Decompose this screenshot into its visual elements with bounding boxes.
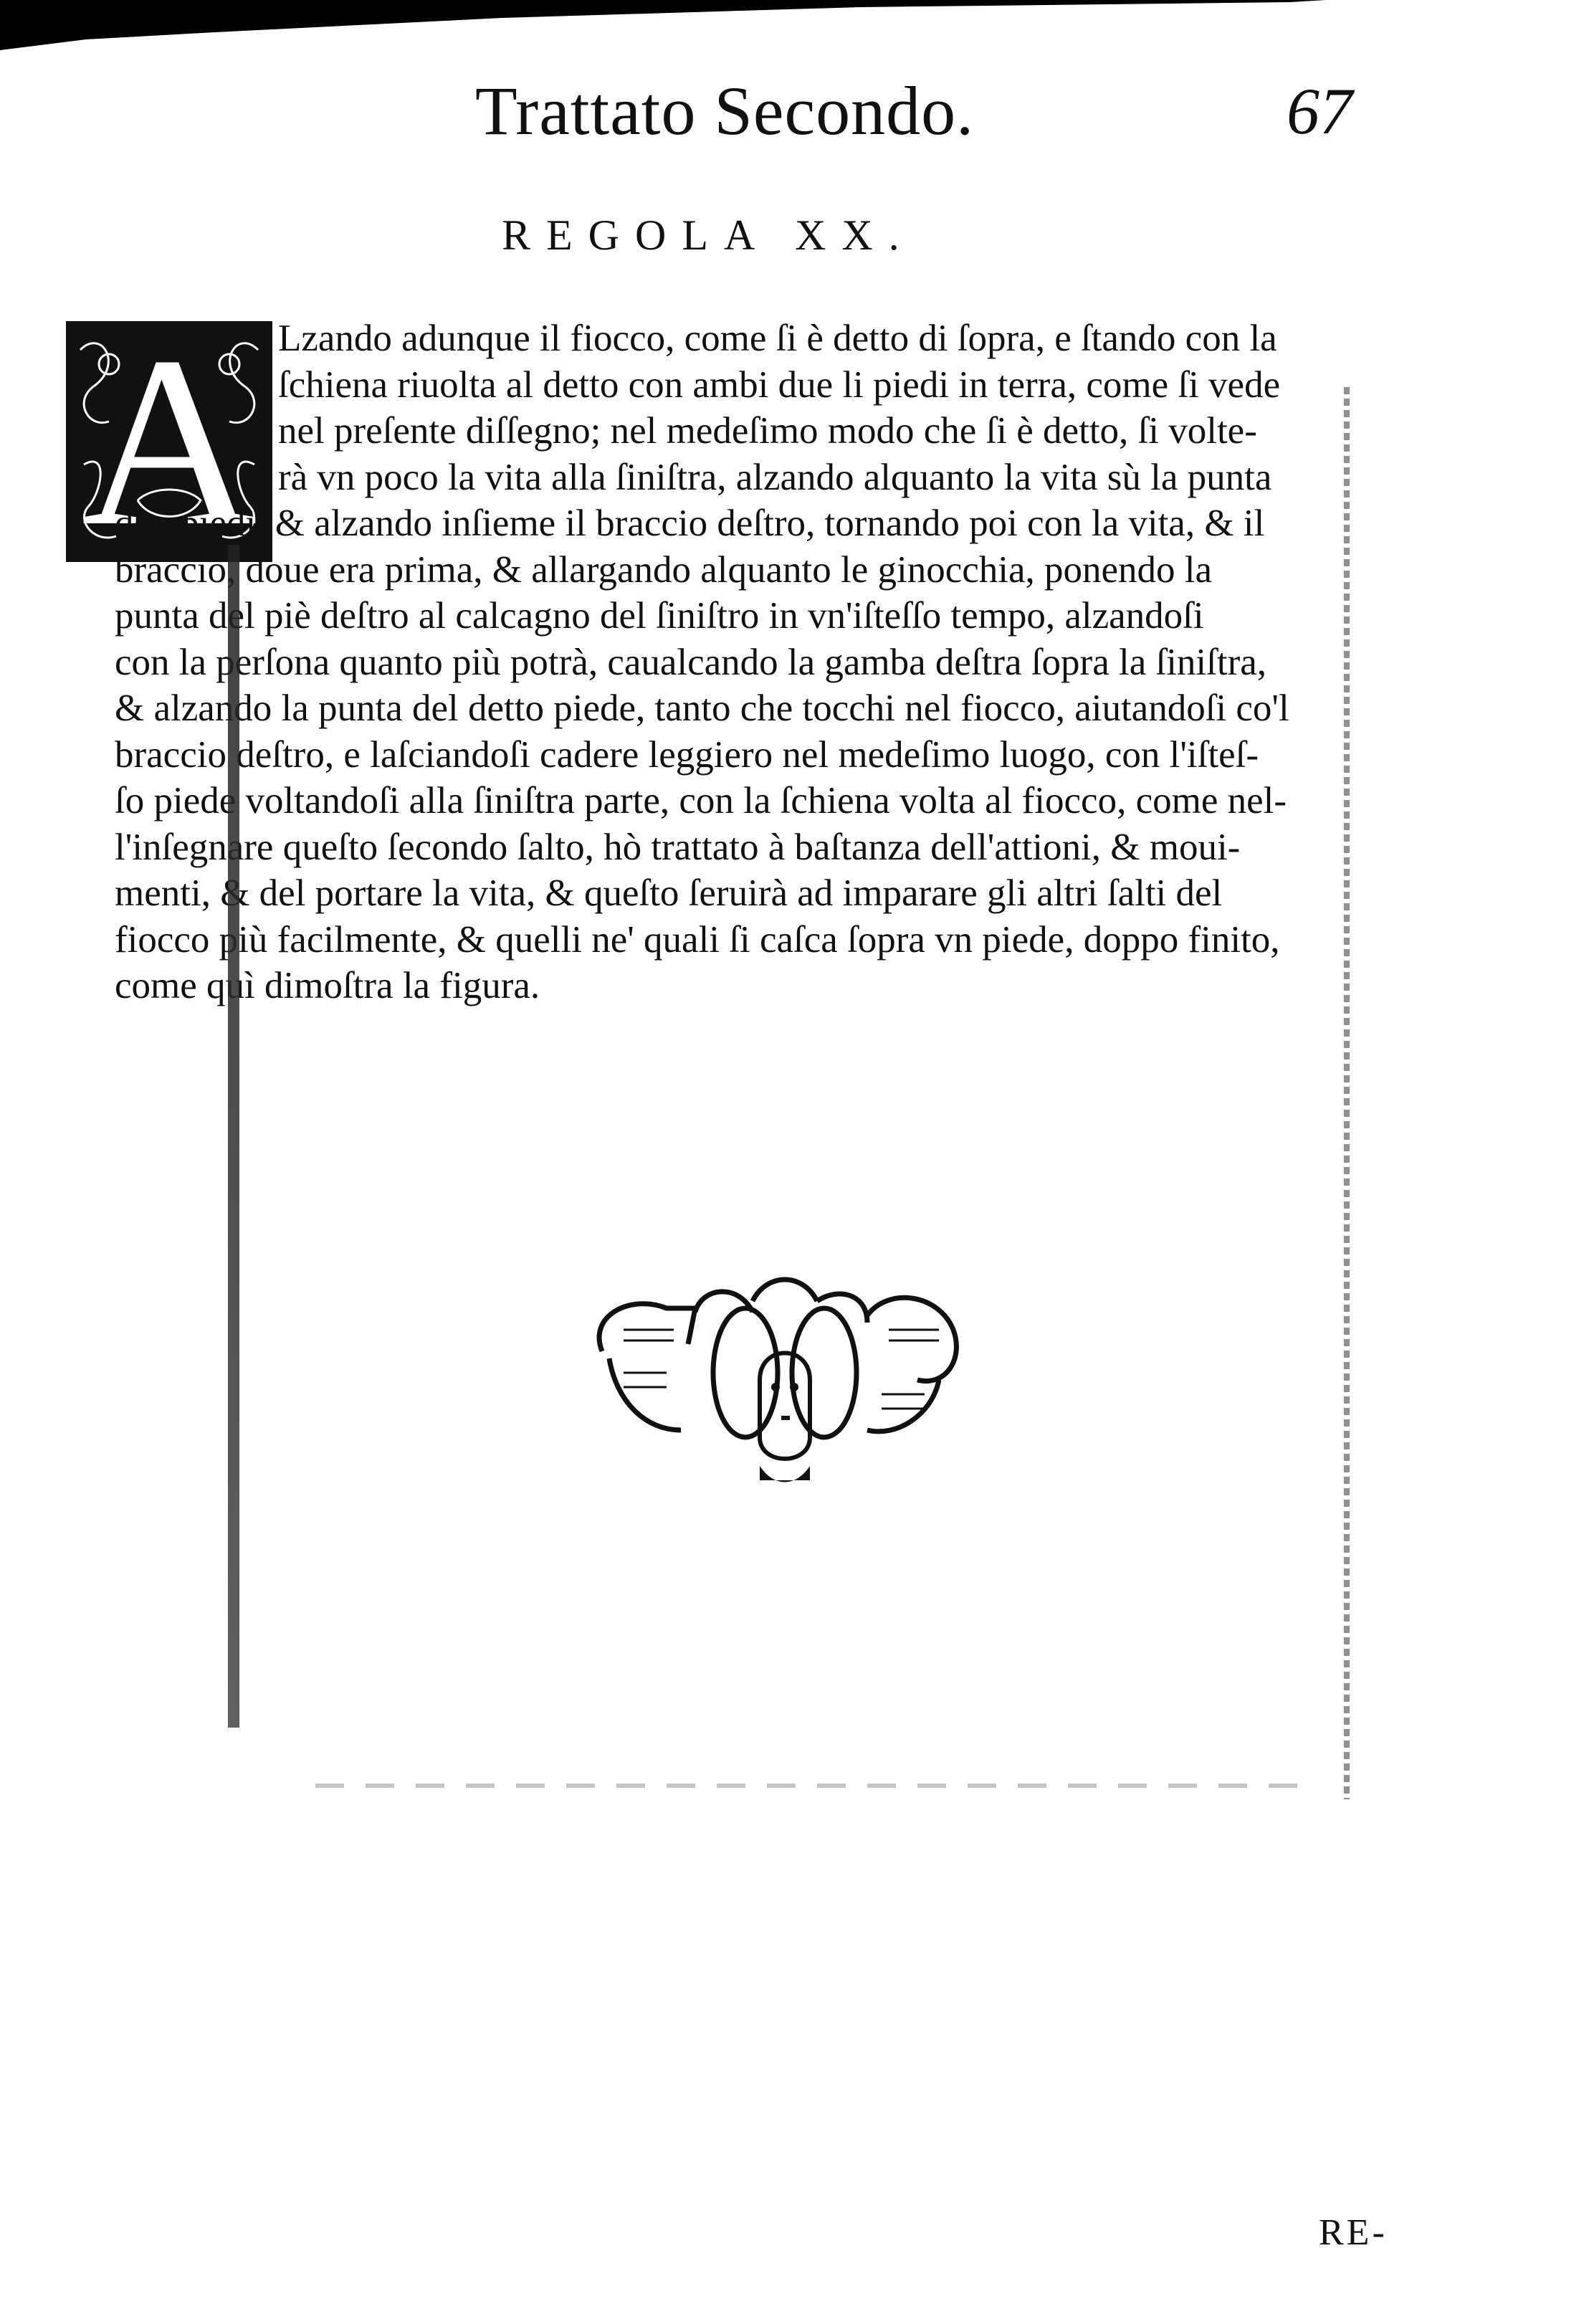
text-line-content: l'inſegnare queſto ſecondo ſalto, hò tra… bbox=[115, 824, 1240, 871]
text-line: l'inſegnare queſto ſecondo ſalto, hò tra… bbox=[115, 824, 1441, 871]
scan-edge-shadow bbox=[0, 0, 1589, 57]
text-line-content: braccio deſtro, e laſciandoſi cadere leg… bbox=[115, 732, 1259, 778]
text-line: ſo piede voltandoſi alla ſiniſtra parte,… bbox=[115, 778, 1441, 824]
text-line: braccio, doue era prima, & allargando al… bbox=[115, 547, 1441, 594]
text-line: menti, & del portare la vita, & queſto ſ… bbox=[115, 870, 1441, 917]
page-number: 67 bbox=[1287, 68, 1352, 154]
text-line-content: menti, & del portare la vita, & queſto ſ… bbox=[115, 870, 1222, 917]
text-line-content: braccio, doue era prima, & allargando al… bbox=[115, 547, 1212, 594]
text-line-content: nel preſente diſſegno; nel medeſimo modo… bbox=[278, 408, 1257, 454]
text-line: con la perſona quanto più potrà, caualca… bbox=[115, 639, 1441, 686]
mask-tailpiece-icon bbox=[581, 1272, 982, 1487]
text-line-content: Lzando adunque il fiocco, come ſi è dett… bbox=[278, 315, 1277, 362]
text-line: braccio deſtro, e laſciandoſi cadere leg… bbox=[115, 732, 1441, 778]
text-line: de i piedi, & alzando inſieme il braccio… bbox=[115, 500, 1441, 547]
text-line-content: & alzando la punta del detto piede, tant… bbox=[115, 685, 1289, 732]
text-line: rà vn poco la vita alla ſiniſtra, alzand… bbox=[115, 454, 1441, 501]
running-title: Trattato Secondo. bbox=[475, 68, 974, 154]
text-line-content: punta del piè deſtro al calcagno del ſin… bbox=[115, 593, 1204, 639]
text-line: ſchiena riuolta al detto con ambi due li… bbox=[115, 362, 1441, 409]
text-line: punta del piè deſtro al calcagno del ſin… bbox=[115, 593, 1441, 639]
text-line-content: ſchiena riuolta al detto con ambi due li… bbox=[278, 362, 1280, 409]
text-line: nel preſente diſſegno; nel medeſimo modo… bbox=[115, 408, 1441, 454]
text-line: & alzando la punta del detto piede, tant… bbox=[115, 685, 1441, 732]
rule-heading: REGOLA XX. bbox=[502, 206, 915, 264]
text-line: Lzando adunque il fiocco, come ſi è dett… bbox=[115, 315, 1441, 362]
text-line-content: come quì dimoſtra la figura. bbox=[115, 963, 540, 1009]
text-line: come quì dimoſtra la figura. bbox=[115, 963, 1441, 1009]
offset-smudge bbox=[315, 1784, 1319, 1788]
text-line-content: con la perſona quanto più potrà, caualca… bbox=[115, 639, 1266, 686]
text-line-content: rà vn poco la vita alla ſiniſtra, alzand… bbox=[278, 454, 1271, 501]
text-line: fiocco più facilmente, & quelli ne' qual… bbox=[115, 917, 1441, 963]
body-text: Lzando adunque il fiocco, come ſi è dett… bbox=[115, 315, 1441, 1009]
binding-shadow-right bbox=[1344, 387, 1350, 1799]
running-head: Trattato Secondo. 67 bbox=[0, 68, 1589, 154]
text-line-content: ſo piede voltandoſi alla ſiniſtra parte,… bbox=[115, 778, 1287, 824]
text-line-content: fiocco più facilmente, & quelli ne' qual… bbox=[115, 917, 1280, 963]
catchword: RE- bbox=[1319, 2211, 1388, 2254]
binding-shadow-left bbox=[228, 545, 239, 1728]
text-line-content: de i piedi, & alzando inſieme il braccio… bbox=[115, 500, 1264, 547]
